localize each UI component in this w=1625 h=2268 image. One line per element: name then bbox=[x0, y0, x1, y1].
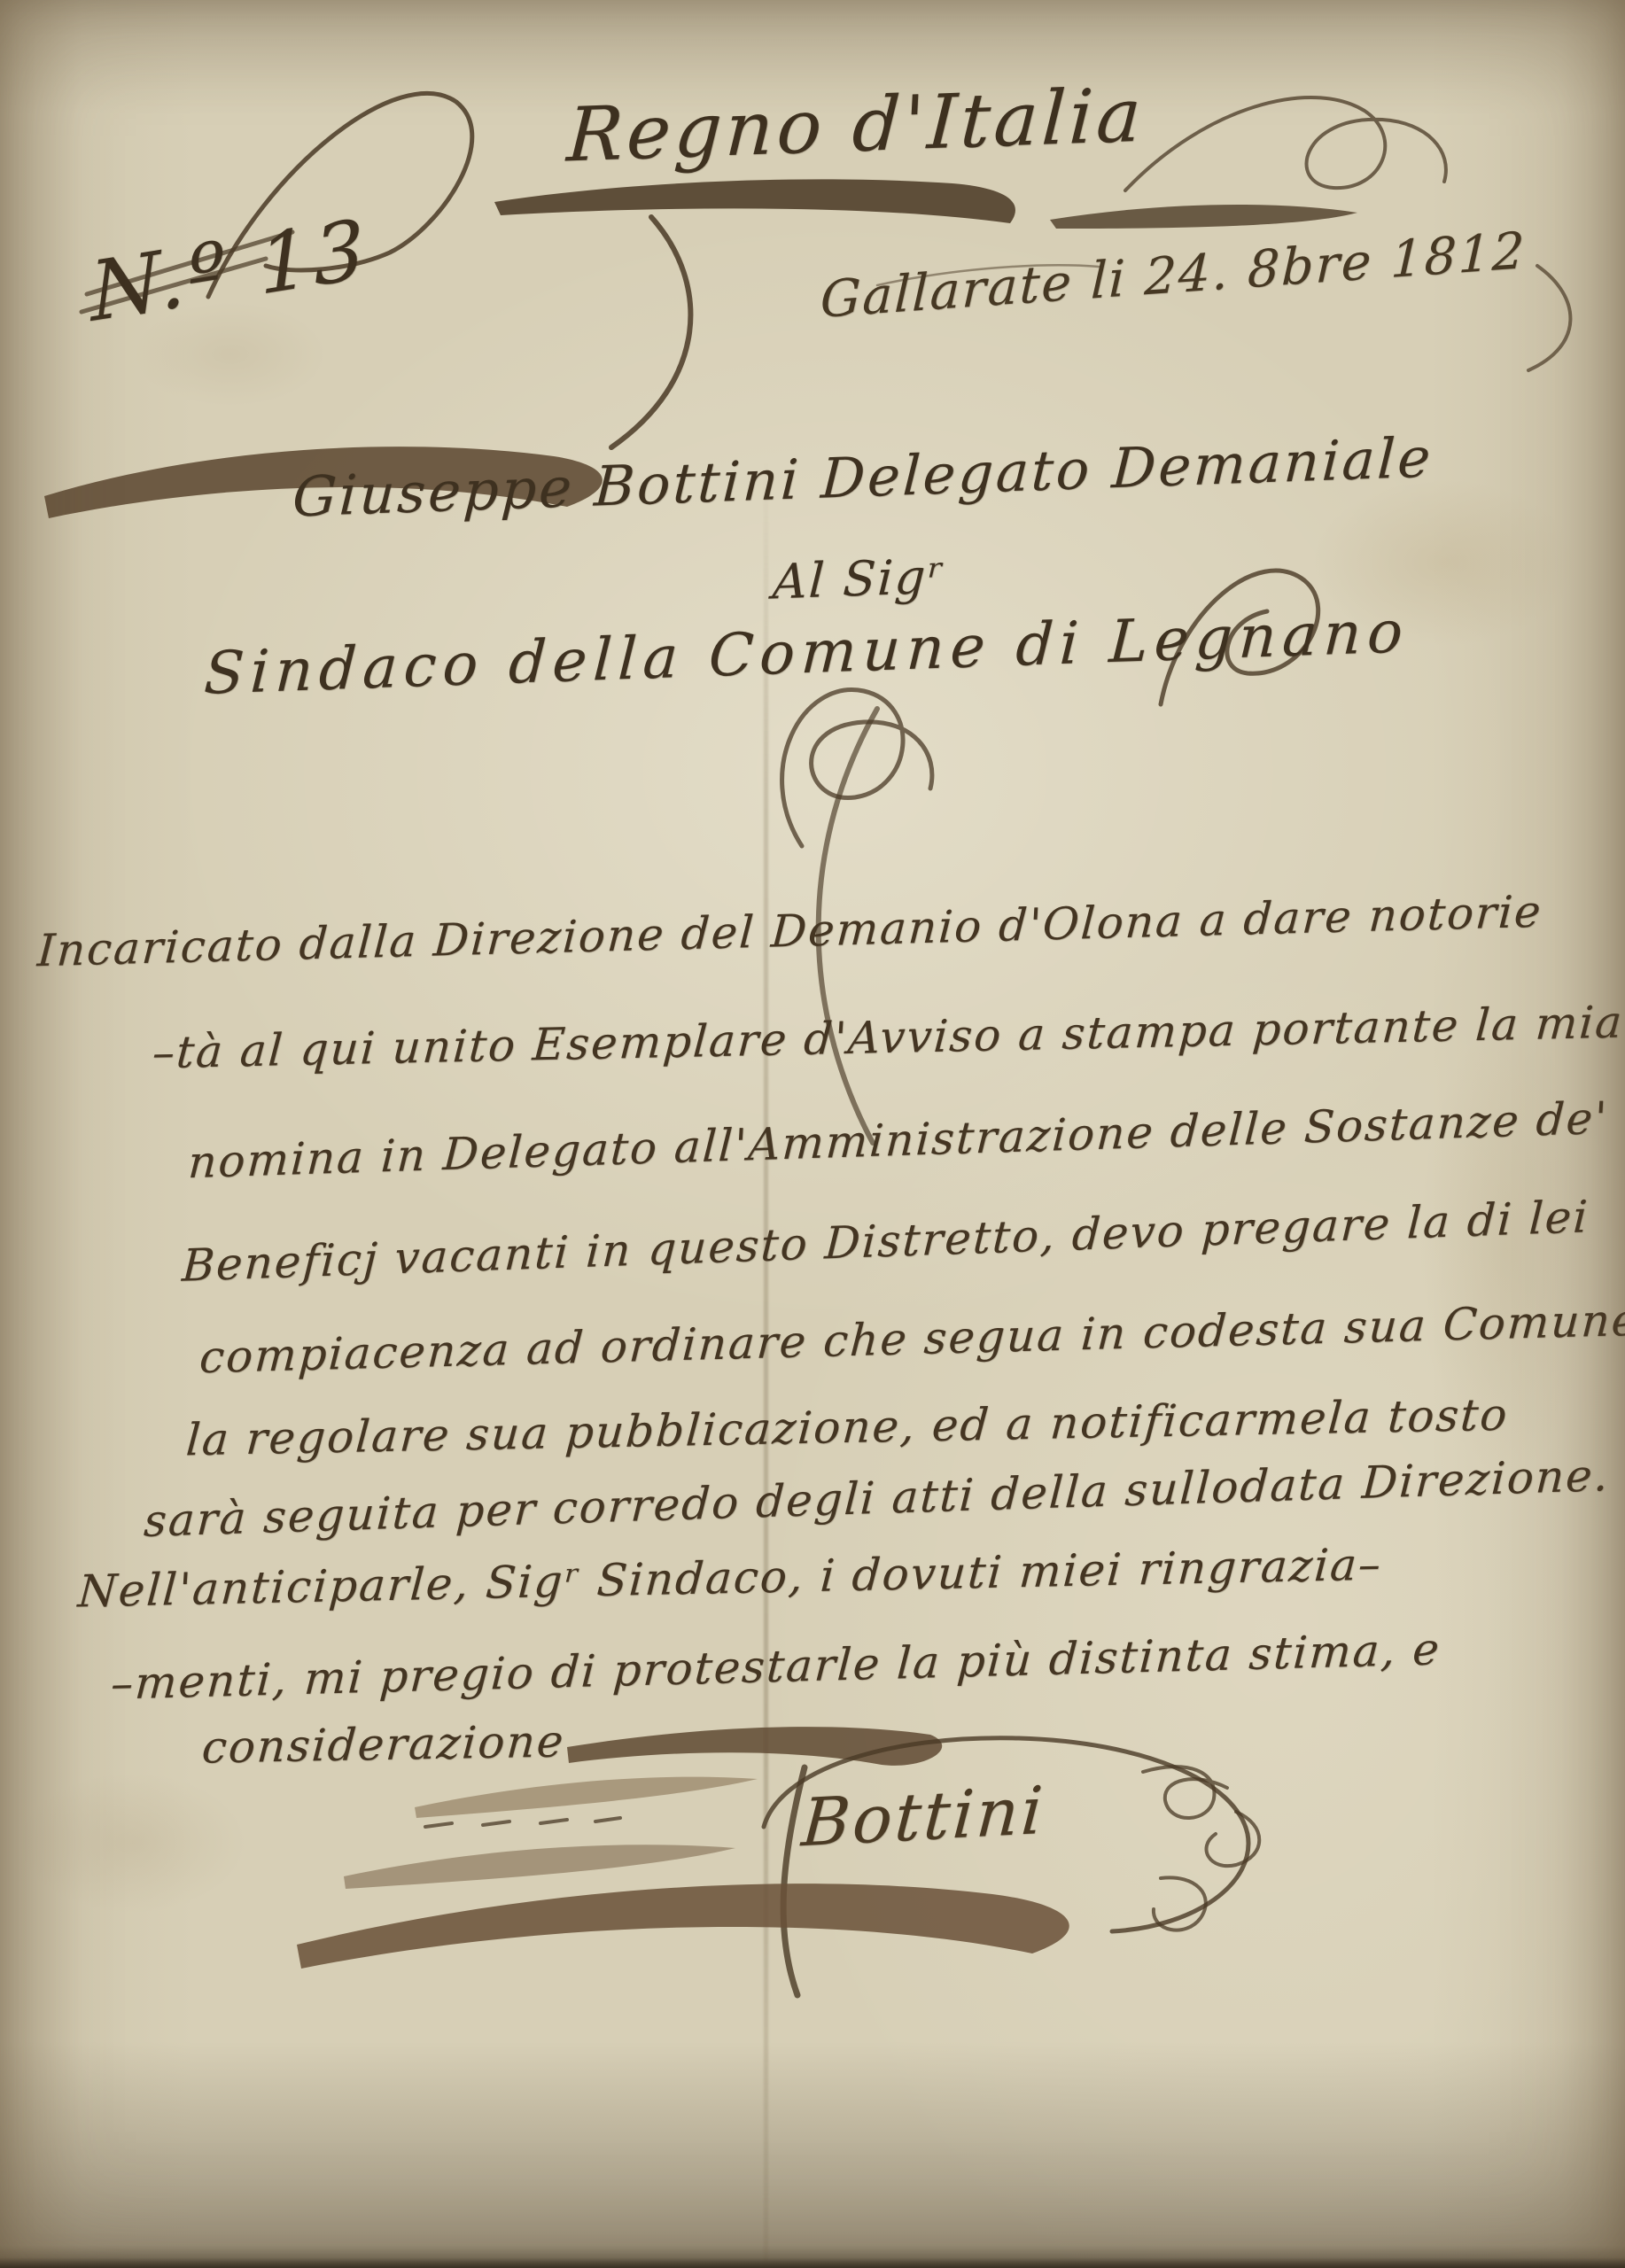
closing-tail-swash bbox=[567, 1727, 942, 1766]
body-line: la regolare sua pubblicazione, ed a noti… bbox=[184, 1389, 1510, 1466]
signature-descender-stroke bbox=[783, 1767, 805, 1995]
signature-underline-swash bbox=[297, 1884, 1069, 1969]
body-line-closing: considerazione bbox=[200, 1715, 566, 1773]
signature-loops-flourish bbox=[1143, 1767, 1259, 1930]
body-line: Incaricato dalla Direzione del Demanio d… bbox=[36, 886, 1544, 977]
photo-bottom-edge bbox=[0, 2257, 1625, 2268]
reference-paren-flourish bbox=[611, 217, 690, 447]
title-underline-swash bbox=[494, 179, 1015, 223]
body-line: nomina in Delegato all'Amministrazione d… bbox=[187, 1092, 1610, 1188]
body-line: –tà al qui unito Esemplare d'Avviso a st… bbox=[151, 997, 1625, 1079]
sender-line: Giuseppe Bottini Delegato Demaniale bbox=[291, 424, 1435, 529]
body-line: Nell'anticiparle, Sigʳ Sindaco, i dovuti… bbox=[76, 1539, 1384, 1618]
manuscript-page: N.º 13 Regno d'Italia Gallarate li 24. 8… bbox=[0, 0, 1625, 2268]
date-paren-flourish bbox=[1528, 266, 1570, 370]
paper-stain bbox=[18, 1772, 248, 1914]
place-and-date-line: Gallarate li 24. 8bre 1812 bbox=[820, 221, 1528, 330]
title-underline-swash-2 bbox=[1050, 205, 1357, 229]
signature-taper-stroke-2 bbox=[344, 1845, 735, 1889]
body-line: –menti, mi pregio di protestarle la più … bbox=[109, 1623, 1442, 1709]
body-line: Beneficj vacanti in questo Distretto, de… bbox=[181, 1191, 1590, 1292]
signature: Bottini bbox=[799, 1773, 1047, 1862]
signature-taper-stroke bbox=[415, 1777, 758, 1818]
body-line: compiacenza ad ordinare che segua in cod… bbox=[198, 1294, 1625, 1384]
body-line: sarà seguita per corredo degli atti dell… bbox=[143, 1449, 1612, 1547]
recipient-line: Sindaco della Comune di Legnano bbox=[202, 597, 1411, 708]
salutation-line: Al Sigʳ bbox=[771, 548, 946, 610]
signature-dash-flourish bbox=[425, 1818, 620, 1827]
comune-loop-flourish bbox=[782, 690, 932, 846]
date-loop-flourish bbox=[1125, 97, 1446, 190]
document-title: Regno d'Italia bbox=[565, 72, 1147, 179]
document-number: N.º 13 bbox=[88, 201, 370, 340]
